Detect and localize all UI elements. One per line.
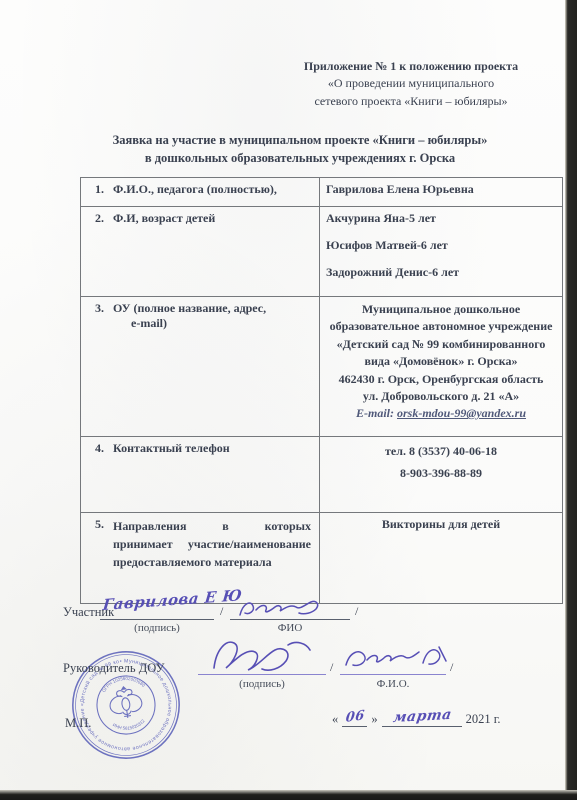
handwritten-month: марта	[392, 707, 453, 726]
child-entry: Юсифов Матвей-6 лет	[326, 238, 556, 253]
signature-line	[100, 619, 214, 620]
date-day-slot: 06	[342, 711, 367, 727]
head-signature-caption: (подпись)	[198, 678, 326, 690]
child-entry: Акчурина Яна-5 лет	[326, 211, 556, 226]
children-list: Акчурина Яна-5 лет Юсифов Матвей-6 лет З…	[320, 207, 563, 297]
table-row: 4. Контактный телефон тел. 8 (3537) 40-0…	[81, 437, 563, 513]
double-headed-eagle-icon	[108, 685, 144, 721]
separator-slash: /	[220, 604, 223, 619]
separator-slash: /	[355, 604, 358, 619]
email-label: E-mail:	[356, 406, 394, 420]
institution-line: образовательное автономное учреждение	[326, 318, 556, 335]
date-line: « 06 » марта 2021 г.	[332, 710, 501, 727]
row-number: 1.	[95, 182, 104, 197]
annex-header: Приложение № 1 к положению проекта «О пр…	[300, 58, 522, 110]
row-label: Направления в которых принимает участие/…	[113, 517, 311, 571]
institution-line: вида «Домовёнок» г. Орска»	[326, 353, 556, 370]
table-row: 2. Ф.И, возраст детей Акчурина Яна-5 лет…	[81, 207, 563, 297]
row-label: Ф.И.О., педагога (полностью),	[113, 182, 277, 197]
head-fio-handwritten-scribble	[340, 641, 448, 673]
date-month-slot: марта	[382, 710, 462, 727]
row-label: ОУ (полное название, адрес, e-mail)	[113, 301, 266, 331]
quote-close: »	[371, 712, 377, 727]
annex-line-3: сетевого проекта «Книги – юбиляры»	[300, 93, 522, 110]
title-line-2: в дошкольных образовательных учреждениях…	[60, 150, 540, 168]
signature-caption: (подпись)	[100, 622, 214, 634]
title-line-1: Заявка на участие в муниципальном проект…	[60, 132, 540, 150]
page-title: Заявка на участие в муниципальном проект…	[60, 132, 540, 167]
institution-info: Муниципальное дошкольное образовательное…	[320, 297, 563, 437]
row-label: Ф.И, возраст детей	[113, 211, 215, 226]
table-row: 5. Направления в которых принимает участ…	[81, 513, 563, 604]
quote-open: «	[332, 712, 338, 727]
head-handwritten-signature-scribble	[202, 636, 322, 676]
table-row: 1. Ф.И.О., педагога (полностью), Гаврило…	[81, 178, 563, 207]
row-number: 3.	[95, 301, 104, 331]
scan-edge-bottom	[0, 790, 577, 800]
stamp-ogrn-text: ОГРН 1025602003680	[99, 673, 146, 694]
application-table: 1. Ф.И.О., педагога (полностью), Гаврило…	[80, 177, 563, 604]
teacher-name-value: Гаврилова Елена Юрьевна	[320, 178, 563, 207]
mp-seal-label: М.П.	[65, 716, 91, 731]
separator-slash: /	[330, 660, 333, 675]
date-year: 2021 г.	[466, 712, 501, 727]
institution-street: ул. Добровольского д. 21 «А»	[326, 388, 556, 405]
svg-text:ИНН 5615020312: ИНН 5615020312	[111, 718, 147, 733]
row-number: 5.	[95, 517, 104, 571]
fio-caption: ФИО	[230, 622, 350, 634]
material-type-value: Викторины для детей	[320, 513, 563, 604]
handwritten-day: 06	[345, 708, 366, 726]
email-line: E-mail: orsk-mdou-99@yandex.ru	[326, 405, 556, 422]
institution-round-stamp: • Муниципальное дошкольное образовательн…	[60, 639, 191, 770]
phone-numbers: тел. 8 (3537) 40-06-18 8-903-396-88-89	[320, 437, 563, 513]
head-label: Руководитель ДОУ	[63, 661, 164, 676]
stamp-inn-text: ИНН 5615020312	[111, 718, 147, 733]
institution-address: 462430 г. Орск, Оренбургская область	[326, 371, 556, 388]
institution-line: Муниципальное дошкольное	[326, 301, 556, 318]
head-fio-line	[340, 674, 446, 675]
institution-line: «Детский сад № 99 комбинированного	[326, 336, 556, 353]
scanned-document-page: Приложение № 1 к положению проекта «О пр…	[0, 0, 577, 800]
svg-text:ОГРН 1025602003680: ОГРН 1025602003680	[99, 673, 146, 694]
row-label: Контактный телефон	[113, 441, 230, 456]
participant-fio-handwritten-scribble	[234, 595, 329, 623]
annex-line-2: «О проведении муниципального	[300, 75, 522, 92]
email-address: orsk-mdou-99@yandex.ru	[397, 406, 526, 420]
phone-line: тел. 8 (3537) 40-06-18	[326, 441, 556, 463]
row-number: 4.	[95, 441, 104, 456]
separator-slash: /	[450, 660, 453, 675]
scan-edge-right	[565, 0, 577, 800]
row-number: 2.	[95, 211, 104, 226]
table-row: 3. ОУ (полное название, адрес, e-mail) М…	[81, 297, 563, 437]
head-fio-caption: Ф.И.О.	[340, 678, 446, 690]
phone-line: 8-903-396-88-89	[326, 463, 556, 485]
child-entry: Задорожний Денис-6 лет	[326, 265, 556, 280]
annex-line-1: Приложение № 1 к положению проекта	[300, 58, 522, 75]
